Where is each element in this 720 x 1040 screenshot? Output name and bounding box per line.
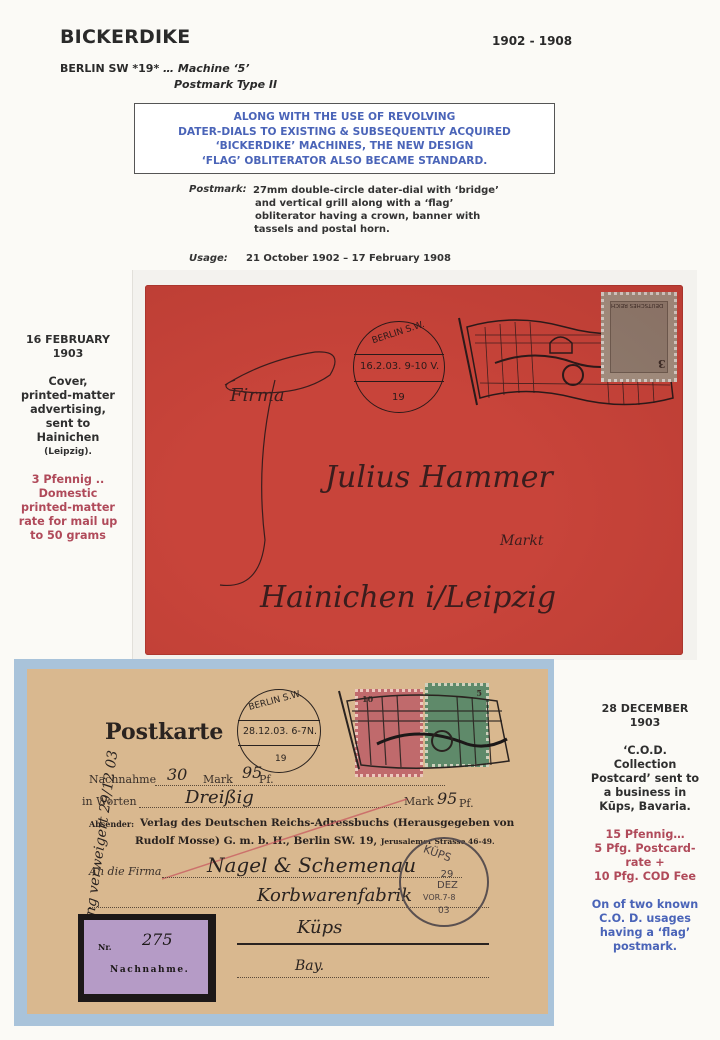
desc-line: Collection: [574, 758, 716, 772]
postmark-line: and vertical grill along with a ‘flag’: [253, 197, 499, 210]
stamp-value: 3: [658, 357, 666, 370]
dial-bridge: [354, 354, 444, 382]
arrival-time: VOR.7-8: [423, 893, 456, 902]
cod-label-inner: Nr. 275 Nachnahme.: [84, 920, 208, 994]
cancel-town: BERLIN S.W.: [248, 689, 303, 713]
rate-line: 5 Pfg. Postcard-: [574, 842, 716, 856]
cod-label-nr: Nr.: [98, 942, 112, 952]
desc-line: advertising,: [4, 403, 132, 417]
arrival-year: 03: [438, 906, 449, 916]
stamp-design: [610, 301, 668, 373]
info-line: ALONG WITH THE USE OF REVOLVING: [135, 110, 554, 125]
pf-label: Pf.: [259, 773, 274, 786]
address-line: Markt: [500, 533, 543, 549]
nachnahme-label: Nachnahme: [89, 773, 156, 786]
usage-label: Usage:: [189, 253, 228, 264]
address-line: Firma: [230, 385, 285, 406]
rate-line: 3 Pfennig ..: [4, 473, 132, 487]
info-line: ‘BICKERDIKE’ MACHINES, THE NEW DESIGN: [135, 139, 554, 154]
item2-date: 28 DECEMBER 1903: [574, 702, 716, 730]
cancel-district: 19: [392, 392, 405, 403]
desc-line: sent to: [4, 417, 132, 431]
cod-postcard: Postkarte BERLIN S.W. 28.12.03. 6-7N. 19…: [27, 669, 548, 1014]
item2-note: On of two known C.O. D. usages having a …: [574, 898, 716, 954]
arrival-town: KÜPS: [422, 843, 453, 865]
address-line: Küps: [297, 917, 342, 938]
postmark-line: 27mm double-circle dater-dial with ‘brid…: [253, 184, 499, 197]
desc-line: Kūps, Bavaria.: [574, 800, 716, 814]
subtitle-place: BERLIN SW *19* … Machine ‘5’: [60, 62, 250, 75]
desc-line: Cover,: [4, 375, 132, 389]
rate-line: 15 Pfennig…: [574, 828, 716, 842]
year-range: 1902 - 1908: [492, 34, 572, 48]
solid-line: [237, 943, 489, 945]
item2-description: ‘C.O.D. Collection Postcard’ sent to a b…: [574, 744, 716, 814]
rate-line: printed-matter: [4, 501, 132, 515]
machine-text: … Machine ‘5’: [159, 62, 249, 75]
cancel-district: 19: [275, 754, 286, 764]
postmark-label: Postmark:: [189, 184, 247, 195]
address-line: Bay.: [295, 958, 324, 974]
stamp-country: DEUTSCHES REICH: [611, 302, 663, 308]
rate-line: to 50 grams: [4, 529, 132, 543]
date-line: 1903: [4, 347, 132, 361]
info-box: ALONG WITH THE USE OF REVOLVING DATER-DI…: [134, 103, 555, 174]
dater-dial-postmark: BERLIN S.W. 28.12.03. 6-7N. 19: [237, 689, 321, 773]
rate-line: 10 Pfg. COD Fee: [574, 870, 716, 884]
info-line: DATER-DIALS TO EXISTING & SUBSEQUENTLY A…: [135, 125, 554, 140]
arrival-date: 29 DEZ: [437, 869, 457, 891]
note-line: postmark.: [574, 940, 716, 954]
dater-dial-postmark: BERLIN S.W. 16.2.03. 9-10 V. 19: [353, 321, 445, 413]
info-line: ‘FLAG’ OBLITERATOR ALSO BECAME STANDARD.: [135, 154, 554, 169]
desc-line: a business in: [574, 786, 716, 800]
mark-label: Mark: [203, 773, 233, 786]
flag-obliterator-icon: [455, 313, 680, 408]
cancel-town: BERLIN S.W.: [371, 320, 426, 346]
rate-line: Domestic: [4, 487, 132, 501]
date-line: 1903: [574, 716, 716, 730]
desc-line: (Leipzig).: [4, 445, 132, 459]
usage-value: 21 October 1902 – 17 February 1908: [246, 253, 451, 264]
postmark-type: Postmark Type II: [174, 78, 277, 91]
note-line: having a ‘flag’: [574, 926, 716, 940]
nachnahme-mark-value: 30: [167, 765, 187, 784]
cancel-date: 16.2.03. 9-10 V.: [360, 361, 439, 372]
postmark-line: tassels and postal horn.: [253, 223, 499, 236]
desc-line: Hainichen: [4, 431, 132, 445]
rate-line: rate +: [574, 856, 716, 870]
flag-obliterator-icon: [337, 689, 517, 779]
item1-description: Cover, printed-matter advertising, sent …: [4, 375, 132, 459]
handwriting-flourish: [215, 340, 345, 600]
cover-envelope: BERLIN S.W. 16.2.03. 9-10 V. 19 3 DEUTSC…: [145, 285, 683, 655]
address-line: Julius Hammer: [325, 460, 553, 495]
rate-line: rate for mail up: [4, 515, 132, 529]
desc-line: ‘C.O.D.: [574, 744, 716, 758]
item1-rate: 3 Pfennig .. Domestic printed-matter rat…: [4, 473, 132, 543]
worten-pf-value: 95: [437, 789, 457, 808]
cod-label-number: 275: [142, 930, 173, 949]
place-text: BERLIN SW *19*: [60, 62, 159, 75]
dotted-line: [237, 977, 489, 978]
date-line: 28 DECEMBER: [574, 702, 716, 716]
postmark-description: 27mm double-circle dater-dial with ‘brid…: [253, 184, 499, 236]
date-line: 16 FEBRUARY: [4, 333, 132, 347]
postmark-line: obliterator having a crown, banner with: [253, 210, 499, 223]
page-title: BICKERDIKE: [60, 26, 190, 48]
worten-pf-label: Pf.: [459, 797, 474, 810]
desc-line: Postcard’ sent to: [574, 772, 716, 786]
item1-caption: 16 FEBRUARY 1903 Cover, printed-matter a…: [4, 333, 132, 543]
cod-label-text: Nachnahme.: [110, 965, 189, 975]
item1-date: 16 FEBRUARY 1903: [4, 333, 132, 361]
item2-caption: 28 DECEMBER 1903 ‘C.O.D. Collection Post…: [574, 702, 716, 954]
note-line: C.O. D. usages: [574, 912, 716, 926]
firma-value: Nagel & Schemenau: [207, 853, 416, 877]
cod-label: Nr. 275 Nachnahme.: [78, 914, 216, 1002]
germania-stamp: 3 DEUTSCHES REICH: [601, 292, 677, 382]
item2-rate: 15 Pfennig… 5 Pfg. Postcard- rate + 10 P…: [574, 828, 716, 884]
arrival-postmark: KÜPS 29 DEZ VOR.7-8 03: [399, 837, 489, 927]
address-line: Hainichen i/Leipzig: [260, 580, 556, 615]
note-line: On of two known: [574, 898, 716, 912]
desc-line: printed-matter: [4, 389, 132, 403]
address-line: Korbwarenfabrik: [257, 885, 412, 906]
dotted-line: [155, 785, 445, 786]
cancel-date: 28.12.03. 6-7N.: [243, 726, 317, 737]
